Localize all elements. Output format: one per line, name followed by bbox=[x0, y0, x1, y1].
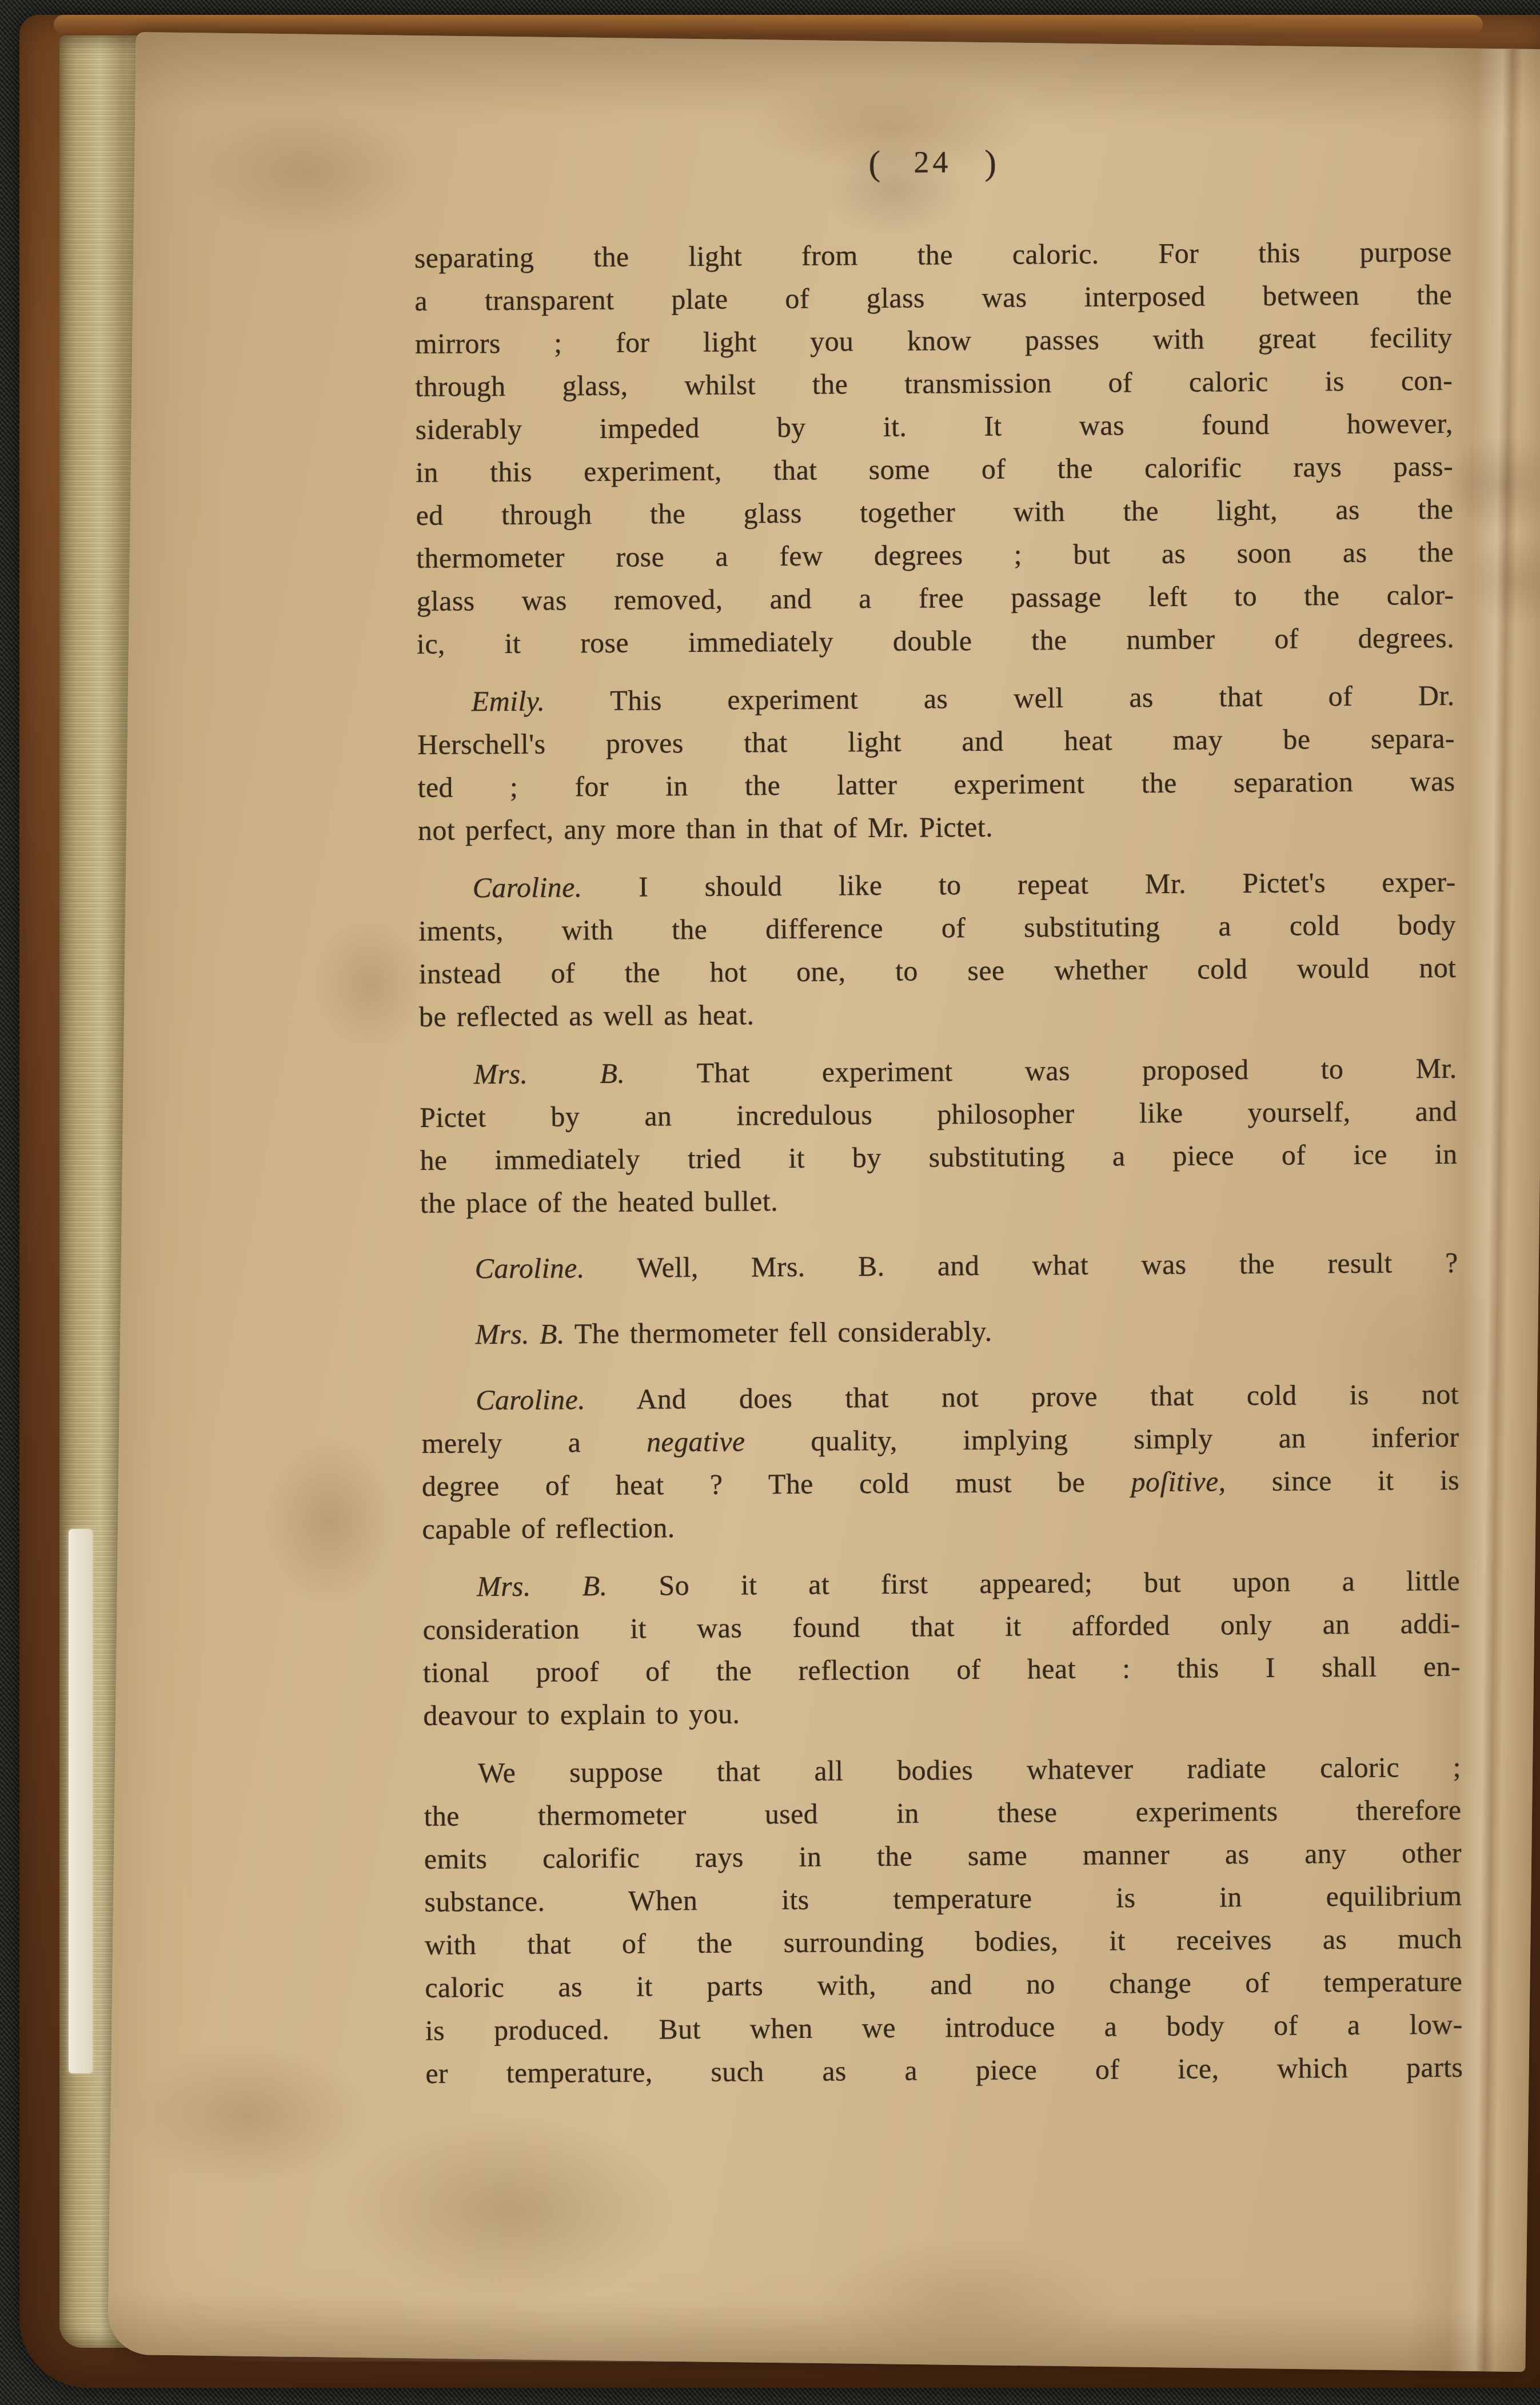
text-line: separating the light from the caloric. F… bbox=[414, 230, 1452, 280]
text-line: Pictet by an incredulous philosopher lik… bbox=[420, 1090, 1457, 1139]
text-run: not perfect, any more than in that of Mr… bbox=[418, 811, 993, 846]
italic-text: Caroline. bbox=[475, 1252, 585, 1284]
italic-text: Caroline. bbox=[472, 871, 582, 903]
text-run: with that of the surrounding bodies, it … bbox=[425, 1922, 1462, 1961]
text-run: We suppose that all bodies whatever radi… bbox=[478, 1751, 1461, 1789]
text-line: the place of the heated bullet. bbox=[420, 1176, 1458, 1225]
text-line: We suppose that all bodies whatever radi… bbox=[424, 1746, 1461, 1795]
text-line: Caroline. And does that not prove that c… bbox=[421, 1373, 1459, 1422]
text-line: merely a negative quality, implying simp… bbox=[421, 1416, 1459, 1465]
text-run: caloric as it parts with, and no change … bbox=[425, 1965, 1462, 2004]
text-line: siderably impeded by it. It was found ho… bbox=[416, 402, 1453, 451]
open-paren: ( bbox=[868, 144, 880, 183]
text-run: merely a bbox=[421, 1426, 647, 1459]
text-line: ic, it rose immediately double the numbe… bbox=[417, 616, 1454, 666]
text-run: emits calorific rays in the same manner … bbox=[424, 1837, 1462, 1875]
white-page-sliver bbox=[69, 1529, 93, 2073]
text-line: thermometer rose a few degrees ; but as … bbox=[416, 531, 1454, 580]
body-paragraphs: separating the light from the caloric. F… bbox=[414, 230, 1463, 2095]
italic-text: Emily. bbox=[471, 685, 545, 718]
text-run: thermometer rose a few degrees ; but as … bbox=[416, 536, 1454, 574]
text-run: This experiment as well as that of Dr. bbox=[545, 679, 1455, 717]
text-run: he immediately tried it by substituting … bbox=[420, 1138, 1457, 1176]
paragraph: Caroline. And does that not prove that c… bbox=[421, 1373, 1460, 1551]
text-line: Caroline. Well, Mrs. B. and what was the… bbox=[420, 1241, 1458, 1291]
text-run: substance. When its temperature is in eq… bbox=[424, 1880, 1462, 1918]
text-run: Pictet by an incredulous philosopher lik… bbox=[420, 1095, 1457, 1133]
paragraph: Caroline. I should like to repeat Mr. Pi… bbox=[418, 861, 1457, 1038]
text-line: is produced. But when we introduce a bod… bbox=[425, 2003, 1463, 2052]
italic-text: Caroline. bbox=[476, 1383, 585, 1416]
text-run: siderably impeded by it. It was found ho… bbox=[416, 407, 1453, 445]
text-run: a transparent plate of glass was interpo… bbox=[414, 278, 1452, 317]
text-line: Herschell's proves that light and heat m… bbox=[417, 717, 1455, 766]
text-line: consideration it was found that it affor… bbox=[422, 1602, 1460, 1651]
text-run: tional proof of the reflection of heat :… bbox=[423, 1650, 1461, 1689]
close-paren: ) bbox=[984, 144, 996, 182]
text-line: emits calorific rays in the same manner … bbox=[424, 1831, 1462, 1881]
text-line: Mrs. B. That experiment was proposed to … bbox=[419, 1047, 1457, 1096]
book-page: (24) separating the light from the calor… bbox=[107, 32, 1540, 2372]
paragraph: We suppose that all bodies whatever radi… bbox=[424, 1746, 1463, 2095]
paragraph: Emily. This experiment as well as that o… bbox=[417, 674, 1455, 852]
page-text-block: (24) separating the light from the calor… bbox=[414, 137, 1463, 2095]
text-run: consideration it was found that it affor… bbox=[422, 1607, 1460, 1646]
text-run: the thermometer used in these experiment… bbox=[424, 1794, 1461, 1832]
text-line: the thermometer used in these experiment… bbox=[424, 1789, 1461, 1838]
text-run: ted ; for in the latter experiment the s… bbox=[417, 765, 1455, 803]
text-run: degree of heat ? The cold must be bbox=[422, 1466, 1131, 1502]
text-run: since it is bbox=[1226, 1464, 1459, 1497]
text-line: tional proof of the reflection of heat :… bbox=[423, 1645, 1461, 1694]
text-line: capable of reflection. bbox=[422, 1502, 1459, 1551]
text-line: mirrors ; for light you know passes with… bbox=[415, 316, 1453, 365]
text-line: iments, with the difference of substitut… bbox=[418, 903, 1456, 953]
text-run: mirrors ; for light you know passes with… bbox=[415, 321, 1453, 360]
text-line: glass was removed, and a free passage le… bbox=[416, 574, 1454, 623]
text-run: separating the light from the caloric. F… bbox=[414, 236, 1452, 274]
text-run: ed through the glass together with the l… bbox=[416, 493, 1453, 531]
text-run: er temperature, such as a piece of ice, … bbox=[425, 2051, 1463, 2089]
text-run: iments, with the difference of substitut… bbox=[418, 909, 1456, 947]
text-run: capable of reflection. bbox=[422, 1511, 675, 1545]
text-line: degree of heat ? The cold must be poſiti… bbox=[422, 1459, 1459, 1508]
italic-text: poſitive, bbox=[1131, 1465, 1226, 1498]
text-run: That experiment was proposed to Mr. bbox=[625, 1052, 1457, 1089]
paragraph: Caroline. Well, Mrs. B. and what was the… bbox=[420, 1241, 1458, 1291]
paragraph: Mrs. B. That experiment was proposed to … bbox=[419, 1047, 1458, 1225]
text-line: he immediately tried it by substituting … bbox=[420, 1133, 1457, 1182]
text-run: quality, implying simply an inferior bbox=[745, 1421, 1459, 1458]
text-line: in this experiment, that some of the cal… bbox=[416, 445, 1453, 494]
text-run: glass was removed, and a free passage le… bbox=[416, 579, 1454, 617]
text-line: Emily. This experiment as well as that o… bbox=[417, 674, 1454, 723]
text-run: Herschell's proves that light and heat m… bbox=[417, 722, 1455, 760]
text-run: I should like to repeat Mr. Pictet's exp… bbox=[582, 866, 1455, 903]
text-run: So it at first appeared; but upon a litt… bbox=[607, 1564, 1460, 1602]
text-run: And does that not prove that cold is not bbox=[585, 1378, 1459, 1415]
text-line: through glass, whilst the transmission o… bbox=[415, 359, 1453, 408]
italic-text: Mrs. B. bbox=[473, 1057, 625, 1090]
text-run: instead of the hot one, to see whether c… bbox=[418, 951, 1456, 990]
text-line: Caroline. I should like to repeat Mr. Pi… bbox=[418, 861, 1455, 910]
page-number: 24 bbox=[913, 141, 951, 184]
page-number-header: (24) bbox=[414, 137, 1451, 188]
text-run: deavour to explain to you. bbox=[423, 1698, 740, 1731]
text-run: through glass, whilst the transmission o… bbox=[415, 364, 1453, 403]
text-line: substance. When its temperature is in eq… bbox=[424, 1874, 1462, 1924]
text-line: deavour to explain to you. bbox=[423, 1688, 1461, 1737]
text-run: in this experiment, that some of the cal… bbox=[416, 450, 1453, 488]
text-line: a transparent plate of glass was interpo… bbox=[414, 273, 1452, 322]
text-line: with that of the surrounding bodies, it … bbox=[425, 1917, 1462, 1966]
text-run: ic, it rose immediately double the numbe… bbox=[417, 622, 1454, 660]
paragraph: Mrs. B. The thermometer fell considerabl… bbox=[421, 1307, 1458, 1356]
text-line: ted ; for in the latter experiment the s… bbox=[417, 760, 1455, 809]
text-line: er temperature, such as a piece of ice, … bbox=[425, 2046, 1463, 2095]
text-line: ed through the glass together with the l… bbox=[416, 488, 1453, 537]
scanned-book-photo: { "book_page": { "header": { "open": "("… bbox=[0, 0, 1540, 2405]
text-line: Mrs. B. The thermometer fell considerabl… bbox=[421, 1307, 1458, 1356]
italic-text: Mrs. B. bbox=[477, 1570, 608, 1602]
text-run: the place of the heated bullet. bbox=[420, 1185, 778, 1219]
italic-text: Mrs. B. bbox=[475, 1317, 565, 1350]
text-line: be reflected as well as heat. bbox=[419, 989, 1457, 1038]
text-line: instead of the hot one, to see whether c… bbox=[418, 946, 1456, 996]
text-run: is produced. But when we introduce a bod… bbox=[425, 2008, 1463, 2046]
text-run: The thermometer fell considerably. bbox=[565, 1315, 992, 1350]
text-line: caloric as it parts with, and no change … bbox=[425, 1960, 1462, 2009]
text-run: be reflected as well as heat. bbox=[419, 998, 755, 1033]
italic-text: negative bbox=[647, 1425, 745, 1458]
paragraph: Mrs. B. So it at first appeared; but upo… bbox=[422, 1559, 1461, 1737]
text-line: not perfect, any more than in that of Mr… bbox=[418, 803, 1455, 852]
text-line: Mrs. B. So it at first appeared; but upo… bbox=[422, 1559, 1460, 1608]
paragraph: separating the light from the caloric. F… bbox=[414, 230, 1455, 666]
text-run: Well, Mrs. B. and what was the result ? bbox=[585, 1247, 1458, 1284]
